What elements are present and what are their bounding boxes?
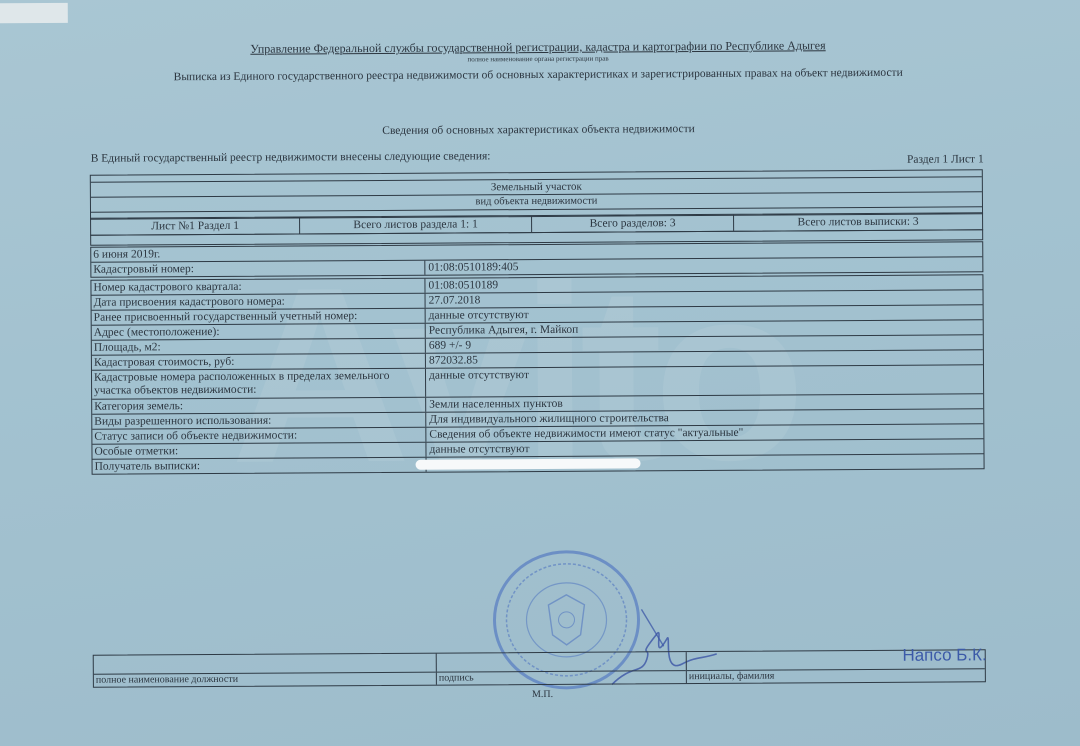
section-title: Сведения об основных характеристиках объ… (0, 121, 1079, 140)
signer-name: Напсо Б.К. (902, 645, 986, 666)
date-cadastral-block: 6 июня 2019г. Кадастровый номер: 01:08:0… (90, 241, 983, 277)
cadastral-number-value: 01:08:0510189:405 (425, 257, 982, 274)
field-label: Категория земель: (92, 398, 426, 414)
signature-caption: подпись (437, 671, 686, 685)
stamp-caption: М.П. (532, 689, 553, 700)
recipient-value (427, 454, 984, 471)
field-label: Дата присвоения кадастрового номера: (92, 294, 426, 310)
cadastral-number-label: Кадастровый номер: (91, 261, 425, 277)
section-sheets: Всего листов раздела 1: 1 (300, 216, 532, 233)
document-title: Выписка из Единого государственного реес… (0, 66, 1078, 85)
sheet-section: Лист №1 Раздел 1 (91, 217, 300, 234)
field-label: Кадастровые номера расположенных в преде… (92, 369, 426, 399)
signature-table: полное наименование должности подпись ин… (93, 649, 986, 687)
position-caption: полное наименование должности (94, 673, 436, 687)
sheet-reference: Раздел 1 Лист 1 (907, 153, 984, 165)
field-label: Особые отметки: (92, 443, 426, 459)
field-label: Виды разрешенного использования: (92, 413, 426, 429)
field-label: Статус записи об объекте недвижимости: (92, 428, 426, 444)
field-label: Ранее присвоенный государственный учетны… (92, 309, 426, 325)
redacted-recipient (416, 459, 641, 470)
name-caption: инициалы, фамилия (687, 669, 985, 683)
paper-edge (0, 3, 68, 23)
document-page: Avito Управление Федеральной службы госу… (0, 0, 1080, 746)
total-sections: Всего разделов: 3 (532, 215, 734, 232)
field-value: данные отсутствуют (426, 365, 983, 396)
recipient-label: Получатель выписки: (93, 458, 427, 474)
field-label: Площадь, м2: (92, 339, 426, 355)
total-sheets: Всего листов выписки: 3 (734, 213, 982, 231)
field-label: Адрес (местоположение): (92, 324, 426, 340)
field-label: Номер кадастрового квартала: (91, 279, 425, 295)
characteristics-table: Номер кадастрового квартала: 01:08:05101… (90, 274, 984, 474)
field-label: Кадастровая стоимость, руб: (92, 354, 426, 370)
intro-text: В Единый государственный реестр недвижим… (91, 150, 491, 164)
